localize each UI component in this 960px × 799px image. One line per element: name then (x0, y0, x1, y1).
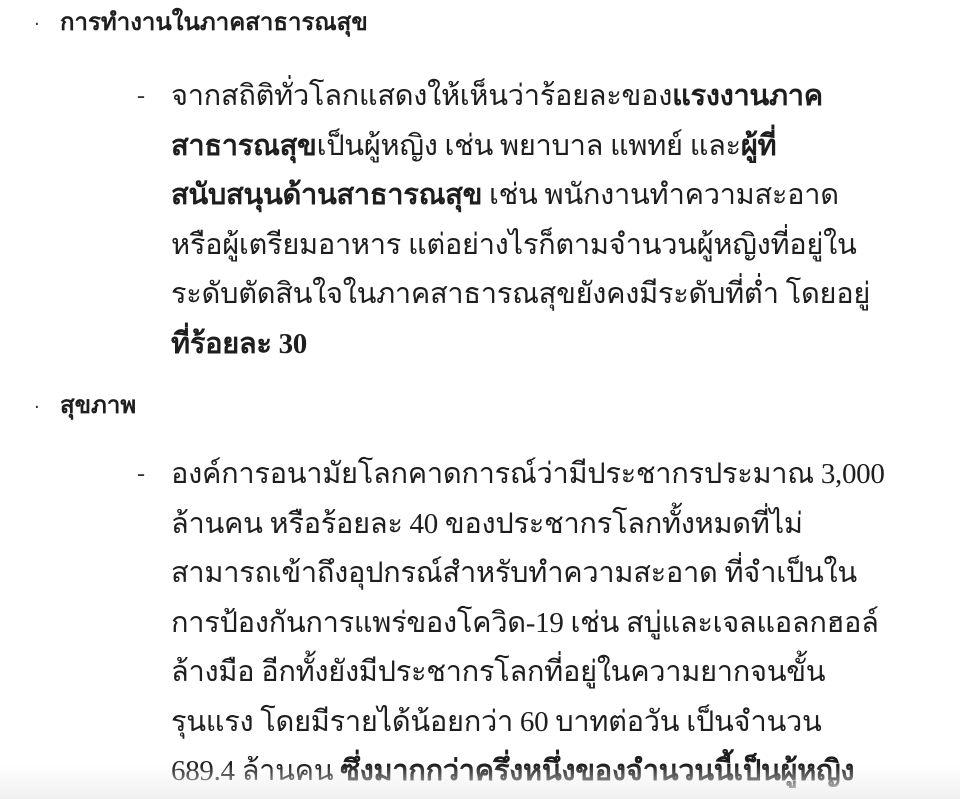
list-item-hygiene-poverty: - องค์การอนามัยโลกคาดการณ์ว่ามีประชากรปร… (137, 450, 897, 797)
text-run: สามารถเข้าถึงอุปกรณ์สำหรับทำความสะอาด ที… (171, 557, 857, 589)
list-item-health-workforce: - จากสถิติทั่วโลกแสดงให้เห็นว่าร้อยละของ… (137, 72, 897, 369)
text-run: จากสถิติทั่วโลกแสดงให้เห็นว่าร้อยละของ (171, 80, 672, 112)
text-line: จากสถิติทั่วโลกแสดงให้เห็นว่าร้อยละของแร… (171, 72, 897, 122)
text-run: องค์การอนามัยโลกคาดการณ์ว่ามีประชากรประม… (171, 458, 885, 490)
text-run: ล้านคน หรือร้อยละ 40 ของประชากรโลกทั้งหม… (171, 508, 803, 540)
text-line: ล้านคน หรือร้อยละ 40 ของประชากรโลกทั้งหม… (171, 500, 897, 550)
text-run-bold: สาธารณสุข (171, 130, 317, 162)
text-line: ล้างมือ อีกทั้งยังมีประชากรโลกที่อยู่ในค… (171, 648, 897, 698)
text-run: รุนแรง โดยมีรายได้น้อยกว่า 60 บาทต่อวัน … (171, 706, 822, 738)
text-run: 689.4 ล้านคน (171, 755, 340, 787)
text-run: ล้างมือ อีกทั้งยังมีประชากรโลกที่อยู่ในค… (171, 656, 825, 688)
text-line: ระดับตัดสินใจในภาคสาธารณสุขยังคงมีระดับท… (171, 270, 897, 320)
text-run: หรือผู้เตรียมอาหาร แต่อย่างไรก็ตามจำนวนผ… (171, 229, 857, 261)
text-run-bold: แรงงานภาค (672, 80, 823, 112)
paragraph: จากสถิติทั่วโลกแสดงให้เห็นว่าร้อยละของแร… (171, 72, 897, 369)
text-line: องค์การอนามัยโลกคาดการณ์ว่ามีประชากรประม… (171, 450, 897, 500)
text-run-bold: ผู้ที่ (741, 130, 777, 162)
text-run: การป้องกันการแพร่ของโควิด-19 เช่น สบู่แล… (171, 607, 879, 639)
text-line: สามารถเข้าถึงอุปกรณ์สำหรับทำความสะอาด ที… (171, 549, 897, 599)
dash-marker: - (137, 450, 145, 499)
text-line: หรือผู้เตรียมอาหาร แต่อย่างไรก็ตามจำนวนผ… (171, 221, 897, 271)
text-line: สนับสนุนด้านสาธารณสุข เช่น พนักงานทำความ… (171, 171, 897, 221)
paragraph: องค์การอนามัยโลกคาดการณ์ว่ามีประชากรประม… (171, 450, 897, 797)
text-line: ที่ร้อยละ 30 (171, 320, 897, 370)
text-line: 689.4 ล้านคน ซึ่งมากกว่าครึ่งหนึ่งของจำน… (171, 747, 897, 797)
text-run: เช่น พนักงานทำความสะอาด (482, 179, 839, 211)
text-run-bold: ซึ่งมากกว่าครึ่งหนึ่งของจำนวนนี้เป็นผู้ห… (340, 755, 854, 787)
text-line: สาธารณสุขเป็นผู้หญิง เช่น พยาบาล แพทย์ แ… (171, 122, 897, 172)
section-heading-health: ·สุขภาพ (34, 385, 136, 428)
section-heading-public-health-work: ·การทำงานในภาคสาธารณสุข (34, 2, 368, 45)
bullet-dot: · (34, 388, 60, 428)
dash-marker: - (137, 72, 145, 121)
text-run: ระดับตัดสินใจในภาคสาธารณสุขยังคงมีระดับท… (171, 278, 870, 310)
heading-text: การทำงานในภาคสาธารณสุข (60, 8, 368, 36)
text-line: รุนแรง โดยมีรายได้น้อยกว่า 60 บาทต่อวัน … (171, 698, 897, 748)
heading-text: สุขภาพ (60, 391, 136, 419)
bullet-dot: · (34, 5, 60, 45)
text-run-bold: ที่ร้อยละ 30 (171, 328, 307, 360)
text-run: เป็นผู้หญิง เช่น พยาบาล แพทย์ และ (317, 130, 741, 162)
text-line: การป้องกันการแพร่ของโควิด-19 เช่น สบู่แล… (171, 599, 897, 649)
text-run-bold: สนับสนุนด้านสาธารณสุข (171, 179, 482, 211)
